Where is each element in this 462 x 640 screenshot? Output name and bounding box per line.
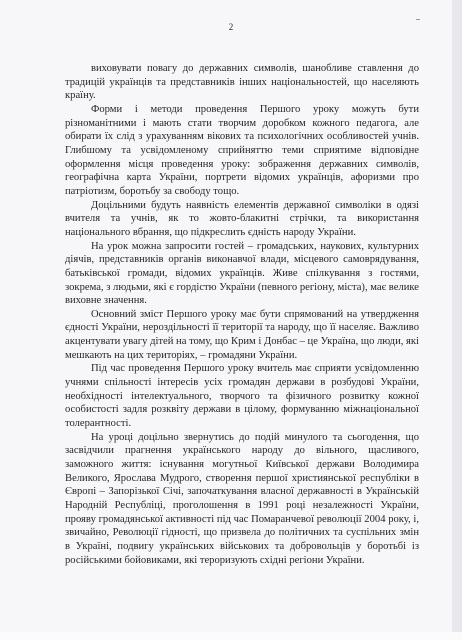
paragraph-continued: виховувати повагу до державних символів,… [65,62,419,103]
paragraph-history: На уроці доцільно звернутись до подій ми… [65,431,419,568]
scan-speck [416,19,420,20]
paragraph-teacher-role: Під час проведення Першого уроку вчитель… [65,362,419,430]
scan-edge [452,0,462,632]
page-number: 2 [0,22,462,32]
scan-bottom-margin [0,632,462,640]
paragraph-forms-methods: Форми і методи проведення Першого уроку … [65,103,419,199]
paragraph-main-content: Основний зміст Першого уроку має бути сп… [65,308,419,363]
document-body: виховувати повагу до державних символів,… [65,62,419,567]
paragraph-state-symbols: Доцільними будуть наявність елементів де… [65,199,419,240]
paragraph-guests: На урок можна запросити гостей – громадс… [65,240,419,308]
document-page: 2 виховувати повагу до державних символі… [0,0,452,632]
